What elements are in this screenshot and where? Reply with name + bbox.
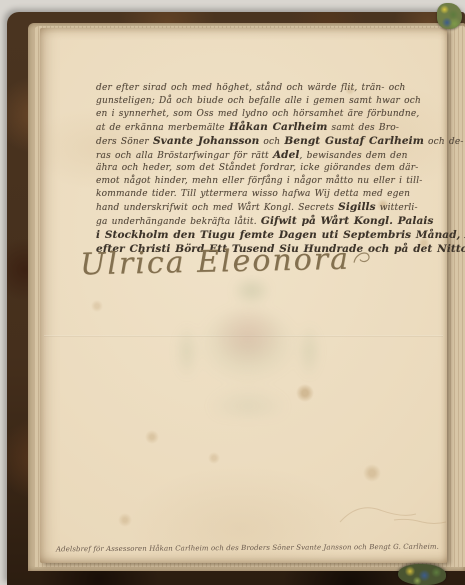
marbled-endpaper-bottom-icon <box>398 564 446 585</box>
text-line: hand underskrifwit och med Wårt Kongl. S… <box>96 201 414 215</box>
signature-flourish-icon <box>352 246 374 268</box>
royal-signature-text: Ulrica Eleonora <box>80 242 351 283</box>
document-body: der efter sirad och med höghet, stånd oc… <box>96 82 414 257</box>
document-page: der efter sirad och med höghet, stånd oc… <box>40 28 447 563</box>
marbled-endpaper-top-icon <box>437 3 462 29</box>
text-line: ders Söner Svante Johansson och Bengt Gu… <box>96 135 414 149</box>
archival-note: Adelsbref för Assessoren Håkan Carlheim … <box>56 543 442 554</box>
text-line: ga underhängande bekräfta låtit. Gifwit … <box>96 215 414 229</box>
text-line: kommande tider. Till yttermera wisso haf… <box>96 188 414 201</box>
text-line: der efter sirad och med höghet, stånd oc… <box>96 82 414 95</box>
text-line: emot något hinder, mehn eller förfång i … <box>96 175 414 188</box>
page-crease-line <box>44 335 443 337</box>
text-line: gunsteligen; Då och biude och befalle al… <box>96 95 414 108</box>
royal-signature: Ulrica Eleonora <box>80 241 401 283</box>
text-line: en i synnerhet, som Oss med lydno och hö… <box>96 108 414 121</box>
text-line: ras och alla Bröstarfwingar för rätt Ade… <box>96 149 414 163</box>
seal-bleedthrough <box>158 270 338 418</box>
text-line: ähra och heder, som det Ståndet fordrar,… <box>96 162 414 175</box>
faint-pen-flourish <box>336 498 454 532</box>
book-scan: der efter sirad och med höghet, stånd oc… <box>0 0 465 585</box>
text-line: at de erkänna merbemälte Håkan Carlheim … <box>96 121 414 135</box>
